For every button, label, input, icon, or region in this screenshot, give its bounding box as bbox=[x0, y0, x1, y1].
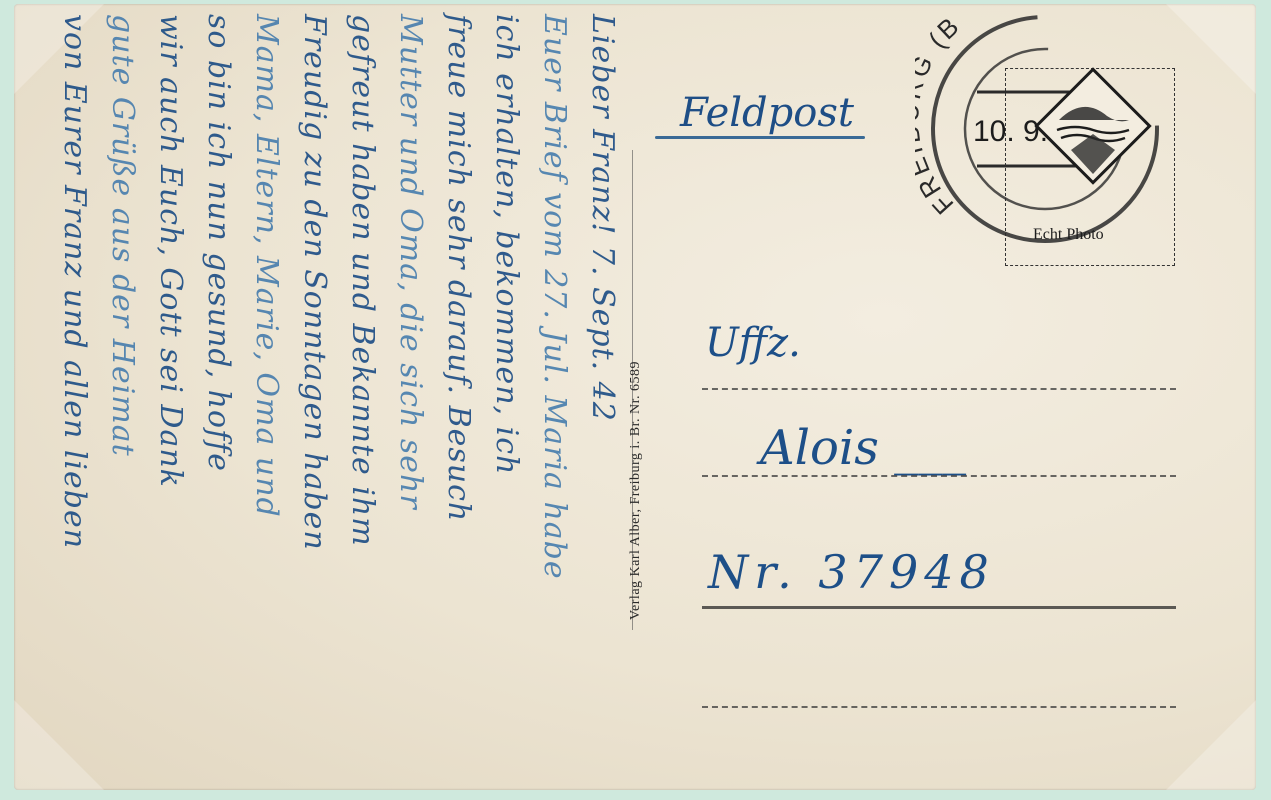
message-line: Euer Brief vom 27. Jul. Maria habe bbox=[537, 14, 572, 580]
echt-photo-label: Echt Photo bbox=[1033, 226, 1104, 244]
photo-corner-bottom-right bbox=[1166, 700, 1256, 790]
heading-underline bbox=[655, 136, 865, 139]
message-line: so bin ich nun gesund, hoffe bbox=[201, 14, 236, 472]
message-line: Lieber Franz! 7. Sept. 42 bbox=[585, 14, 620, 422]
recipient-name: Alois ___ bbox=[760, 420, 966, 476]
message-line: ich erhalten, bekommen, ich bbox=[489, 14, 524, 475]
publisher-imprint: Verlag Karl Alber, Freiburg i. Br. Nr. 6… bbox=[628, 361, 644, 620]
message-line: Mutter und Oma, die sich sehr bbox=[393, 14, 428, 510]
address-rule-2 bbox=[702, 475, 1176, 477]
address-rule-3 bbox=[702, 606, 1176, 609]
message-line: gute Grüße aus der Heimat bbox=[105, 14, 140, 457]
message-line: Mama, Eltern, Marie, Oma und bbox=[249, 14, 284, 518]
handwritten-message: Lieber Franz! 7. Sept. 42Euer Brief vom … bbox=[20, 6, 610, 782]
message-line: wir auch Euch, Gott sei Dank bbox=[153, 14, 188, 488]
message-line: Freudig zu den Sonntagen haben bbox=[297, 14, 332, 551]
address-rule-1 bbox=[702, 388, 1176, 390]
address-rule-4 bbox=[702, 706, 1176, 708]
message-line: von Eurer Franz und allen lieben bbox=[57, 14, 92, 549]
field-post-number: Nr. 37948 bbox=[708, 545, 995, 599]
postmark-icon: FREIBURG (B 10. 9.42 bbox=[915, 4, 1175, 254]
recipient-rank: Uffz. bbox=[705, 320, 801, 366]
photo-corner-top-right bbox=[1166, 4, 1256, 94]
feldpost-heading: Feldpost bbox=[680, 90, 854, 136]
svg-text:FREIBURG (B: FREIBURG (B bbox=[915, 9, 967, 220]
message-line: gefreut haben und Bekannte ihm bbox=[345, 14, 380, 547]
message-line: freue mich sehr darauf. Besuch bbox=[441, 14, 476, 522]
